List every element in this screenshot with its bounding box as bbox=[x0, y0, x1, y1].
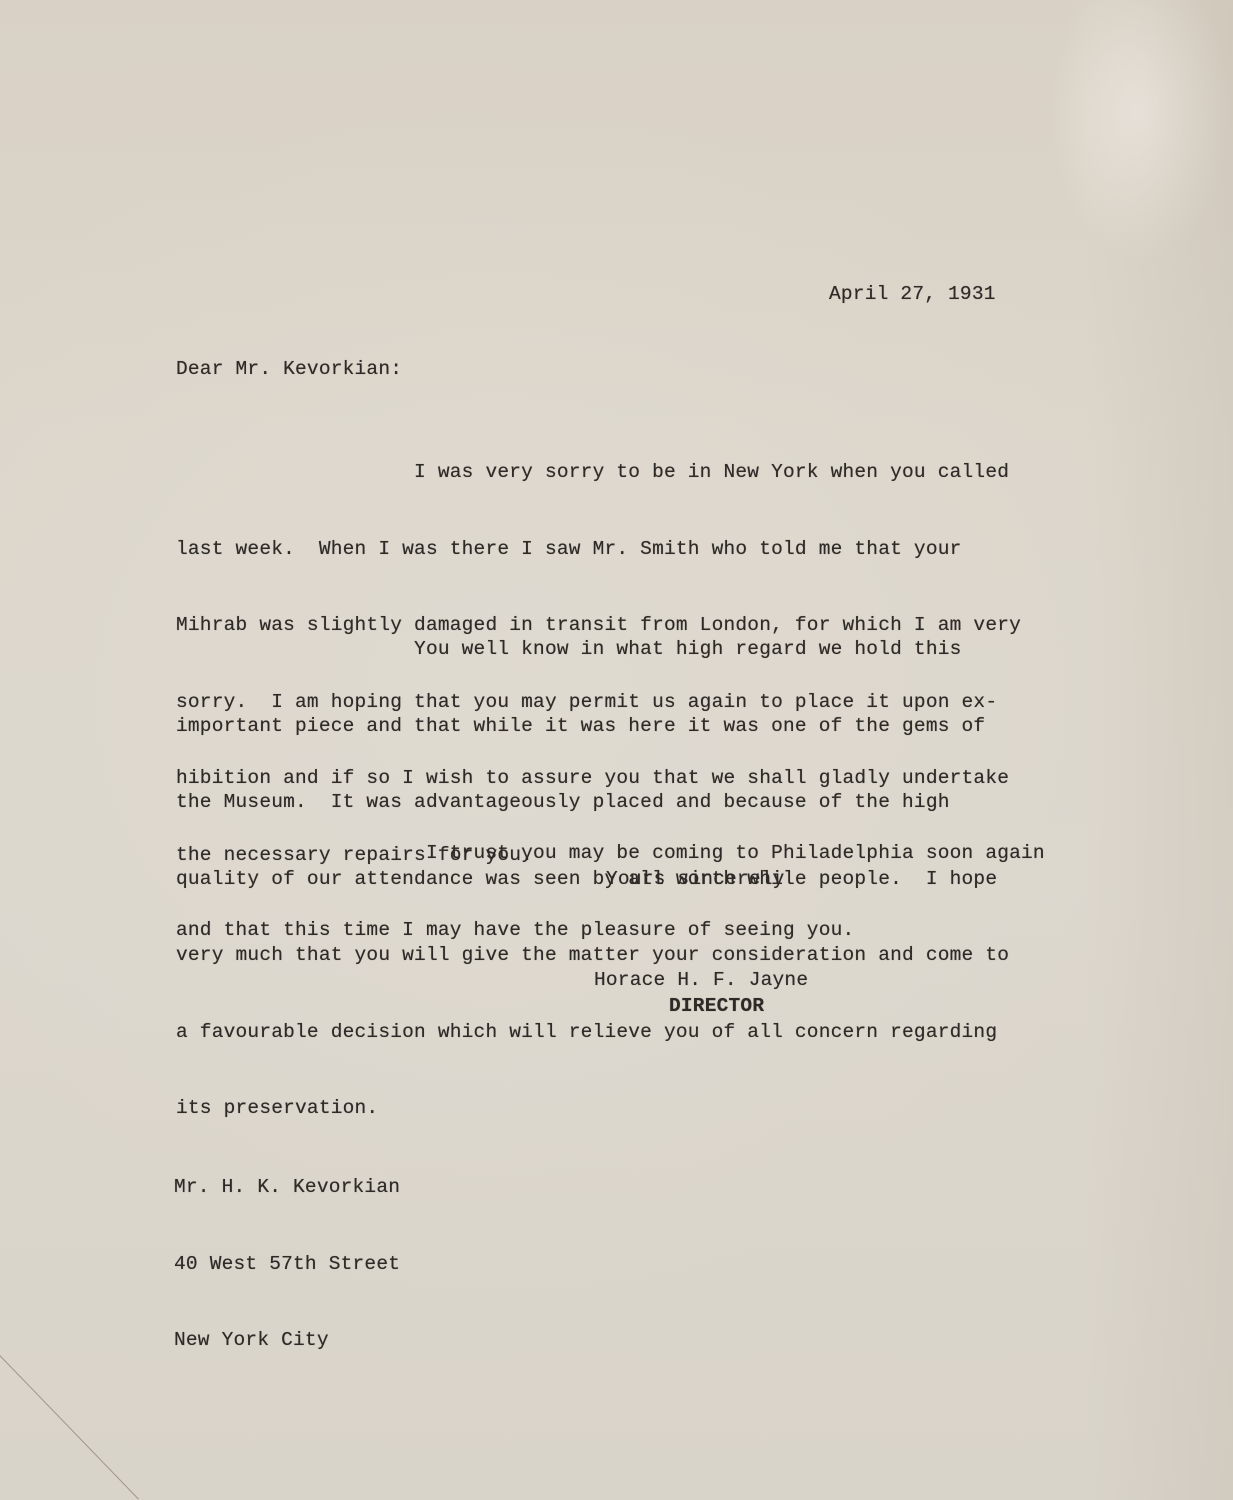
paragraph-line: important piece and that while it was he… bbox=[176, 714, 1009, 740]
paragraph-line: its preservation. bbox=[176, 1096, 1009, 1122]
paper-fold-line bbox=[0, 1355, 139, 1500]
letter-date: April 27, 1931 bbox=[829, 282, 996, 308]
address-line: New York City bbox=[174, 1328, 400, 1354]
address-line: Mr. H. K. Kevorkian bbox=[174, 1175, 400, 1201]
paragraph-line: I trust you may be coming to Philadelphi… bbox=[176, 841, 1045, 867]
paragraph-line: last week. When I was there I saw Mr. Sm… bbox=[176, 537, 1021, 563]
recipient-address: Mr. H. K. Kevorkian 40 West 57th Street … bbox=[174, 1124, 400, 1405]
paragraph-line: a favourable decision which will relieve… bbox=[176, 1020, 1009, 1046]
closing: Yours sincerely bbox=[606, 867, 785, 893]
signatory-name: Horace H. F. Jayne bbox=[594, 968, 808, 994]
salutation: Dear Mr. Kevorkian: bbox=[176, 357, 402, 383]
letter-page: April 27, 1931 Dear Mr. Kevorkian: I was… bbox=[0, 0, 1233, 1500]
paragraph-line: and that this time I may have the pleasu… bbox=[176, 918, 1045, 944]
paragraph-line: You well know in what high regard we hol… bbox=[176, 637, 1009, 663]
address-line: 40 West 57th Street bbox=[174, 1252, 400, 1278]
signatory-title: DIRECTOR bbox=[669, 994, 764, 1020]
paragraph-line: I was very sorry to be in New York when … bbox=[176, 460, 1021, 486]
